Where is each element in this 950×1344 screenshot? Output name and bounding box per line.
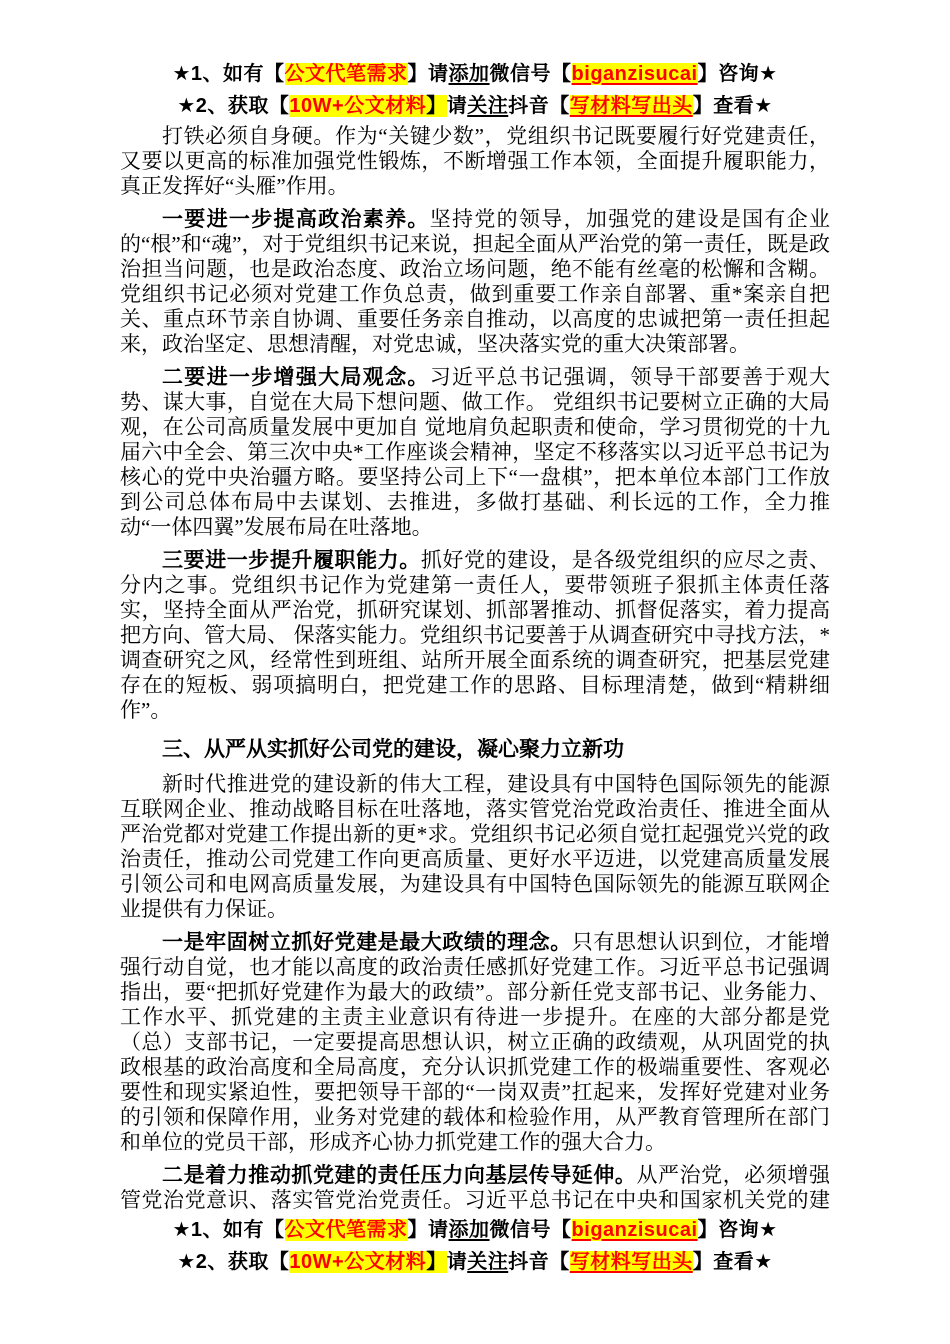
- douyin-id: 写材料写出头: [570, 1251, 693, 1273]
- section-heading: 三、从严从实抓好公司党的建设，凝心聚力立新功: [120, 737, 830, 762]
- promo-service-keyword: 公文代笔需求: [285, 1219, 408, 1241]
- wechat-id: biganzisucai: [572, 1219, 698, 1241]
- section-heading-text: 三、从严从实抓好公司党的建设，凝心聚力立新功: [162, 738, 624, 761]
- promo-text: ★2、获取【: [177, 95, 289, 117]
- paragraph-lead: 二是着力推动抓党建的责任压力向基层传导延伸。: [162, 1164, 636, 1187]
- promo-text: 】查看★: [693, 95, 773, 117]
- promo-header: ★1、如有【公文代笔需求】请添加微信号【biganzisucai】咨询★★2、获…: [0, 58, 950, 122]
- paragraph: 一是牢固树立抓好党建是最大政绩的理念。只有思想认识到位，才能增强行动自觉，也才能…: [120, 930, 830, 1155]
- promo-text: 抖音【: [508, 95, 570, 117]
- promo-line-douyin: ★2、获取【10W+公文材料】请关注抖音【写材料写出头】查看★: [0, 90, 950, 122]
- paragraph: 打铁必须自身硬。作为“关键少数”，党组织书记既要履行好党建责任，又要以更高的标准…: [120, 124, 830, 199]
- promo-action-add: 添加: [449, 63, 490, 85]
- promo-text: 】: [426, 1251, 447, 1273]
- promo-text: 请: [447, 95, 468, 117]
- promo-materials-keyword: 10W+公文材料: [289, 1251, 426, 1273]
- promo-line-douyin: ★2、获取【10W+公文材料】请关注抖音【写材料写出头】查看★: [0, 1246, 950, 1278]
- paragraph: 二是着力推动抓党建的责任压力向基层传导延伸。从严治党，必须增强管党治党意识、落实…: [120, 1163, 830, 1214]
- paragraph-text: 只有思想认识到位，才能增强行动自觉，也才能以高度的政治责任感抓好党建工作。习近平…: [120, 930, 830, 1154]
- promo-text: ★1、如有【: [172, 1219, 284, 1241]
- document-body: 打铁必须自身硬。作为“关键少数”，党组织书记既要履行好党建责任，又要以更高的标准…: [120, 124, 830, 1214]
- paragraph-text: 新时代推进党的建设新的伟大工程，建设具有中国特色国际领先的能源互联网企业、推动战…: [120, 772, 830, 921]
- paragraph-text: 习近平总书记强调，领导干部要善于观大势、谋大事，自觉在大局下想问题、做工作。 党…: [120, 365, 830, 539]
- paragraph: 一要进一步提高政治素养。坚持党的领导，加强党的建设是国有企业的“根”和“魂”，对…: [120, 207, 830, 357]
- paragraph-lead: 二要进一步增强大局观念。: [162, 366, 430, 389]
- promo-action-follow: 关注: [467, 95, 508, 117]
- promo-text: 】查看★: [693, 1251, 773, 1273]
- document-page: ★1、如有【公文代笔需求】请添加微信号【biganzisucai】咨询★★2、获…: [0, 0, 950, 1344]
- paragraph: 三要进一步提升履职能力。抓好党的建设，是各级党组织的应尽之责、分内之事。党组织书…: [120, 548, 830, 723]
- promo-line-wechat: ★1、如有【公文代笔需求】请添加微信号【biganzisucai】咨询★: [0, 1214, 950, 1246]
- promo-text: 】咨询★: [698, 63, 778, 85]
- paragraph-lead: 一是牢固树立抓好党建是最大政绩的理念。: [162, 931, 572, 954]
- promo-action-add: 添加: [449, 1219, 490, 1241]
- promo-text: ★1、如有【: [172, 63, 284, 85]
- wechat-id: biganzisucai: [572, 63, 698, 85]
- promo-text: 请: [447, 1251, 468, 1273]
- promo-service-keyword: 公文代笔需求: [285, 63, 408, 85]
- douyin-id: 写材料写出头: [570, 95, 693, 117]
- paragraph: 二要进一步增强大局观念。习近平总书记强调，领导干部要善于观大势、谋大事，自觉在大…: [120, 365, 830, 540]
- promo-text: 】: [426, 95, 447, 117]
- promo-action-follow: 关注: [467, 1251, 508, 1273]
- paragraph-lead: 一要进一步提高政治素养。: [162, 208, 430, 231]
- paragraph-lead: 三要进一步提升履职能力。: [162, 549, 421, 572]
- promo-text: 】请: [408, 1219, 449, 1241]
- promo-footer: ★1、如有【公文代笔需求】请添加微信号【biganzisucai】咨询★★2、获…: [0, 1214, 950, 1278]
- promo-text: 微信号【: [490, 1219, 572, 1241]
- promo-text: 】咨询★: [698, 1219, 778, 1241]
- promo-materials-keyword: 10W+公文材料: [289, 95, 426, 117]
- promo-text: 】请: [408, 63, 449, 85]
- promo-text: 微信号【: [490, 63, 572, 85]
- paragraph-text: 抓好党的建设，是各级党组织的应尽之责、分内之事。党组织书记作为党建第一责任人，要…: [120, 548, 830, 722]
- promo-text: ★2、获取【: [177, 1251, 289, 1273]
- promo-text: 抖音【: [508, 1251, 570, 1273]
- promo-line-wechat: ★1、如有【公文代笔需求】请添加微信号【biganzisucai】咨询★: [0, 58, 950, 90]
- paragraph-text: 打铁必须自身硬。作为“关键少数”，党组织书记既要履行好党建责任，又要以更高的标准…: [120, 124, 830, 198]
- paragraph: 新时代推进党的建设新的伟大工程，建设具有中国特色国际领先的能源互联网企业、推动战…: [120, 772, 830, 922]
